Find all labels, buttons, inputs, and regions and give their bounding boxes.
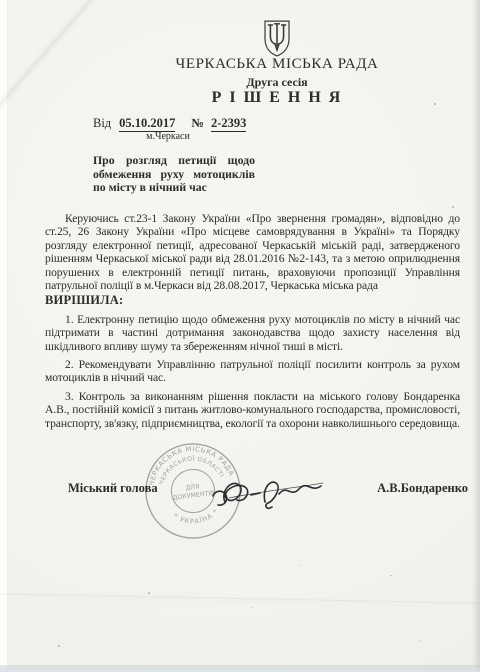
- ukraine-tryzub-icon: [262, 19, 292, 58]
- scan-speck: [148, 592, 150, 594]
- preamble-paragraph: Керуючись ст.23-1 Закону України «Про зв…: [45, 212, 460, 292]
- doc-meta-line: Від05.10.2017№2-2393: [93, 116, 246, 131]
- scan-edge-bottom: [0, 665, 480, 672]
- signer-name: А.В.Бондаренко: [340, 481, 468, 496]
- scan-speck: [300, 565, 301, 566]
- resolution-items: 1. Електронну петицію щодо обмеження рух…: [45, 313, 460, 430]
- resolution-item-1: 1. Електронну петицію щодо обмеження рух…: [45, 313, 460, 353]
- document-type-title: Р І Ш Е Н Н Я: [77, 89, 477, 107]
- doc-number: 2-2393: [211, 116, 246, 132]
- council-name: ЧЕРКАСЬКА МІСЬКА РАДА: [77, 56, 477, 73]
- scanned-document-page: ЧЕРКАСЬКА МІСЬКА РАДА Друга сесія Р І Ш …: [0, 0, 480, 672]
- paper-crease-bottom: [0, 593, 480, 603]
- session-line: Друга сесія: [77, 75, 477, 90]
- stamp-center-line1: ДЛЯ: [185, 483, 200, 492]
- resolution-item-3: 3. Контроль за виконанням рішення поклас…: [45, 390, 460, 430]
- doc-date: 05.10.2017: [119, 116, 175, 132]
- resolved-heading: ВИРІШИЛА:: [45, 294, 460, 307]
- city-line: м.Черкаси: [118, 131, 218, 142]
- subject-paragraph: Про розгляд петиції щодо обмеження руху …: [93, 154, 255, 195]
- scan-speck: [420, 640, 421, 641]
- resolution-item-2: 2. Рекомендувати Управлінню патрульної п…: [45, 358, 460, 385]
- scan-speck: [390, 575, 392, 576]
- date-label: Від: [93, 116, 111, 130]
- scan-speck: [58, 645, 60, 647]
- scan-speck: [452, 206, 454, 208]
- number-sign: №: [191, 116, 204, 130]
- handwritten-signature: [203, 462, 325, 524]
- document-body: Керуючись ст.23-1 Закону України «Про зв…: [45, 212, 460, 430]
- scan-speck: [251, 607, 252, 608]
